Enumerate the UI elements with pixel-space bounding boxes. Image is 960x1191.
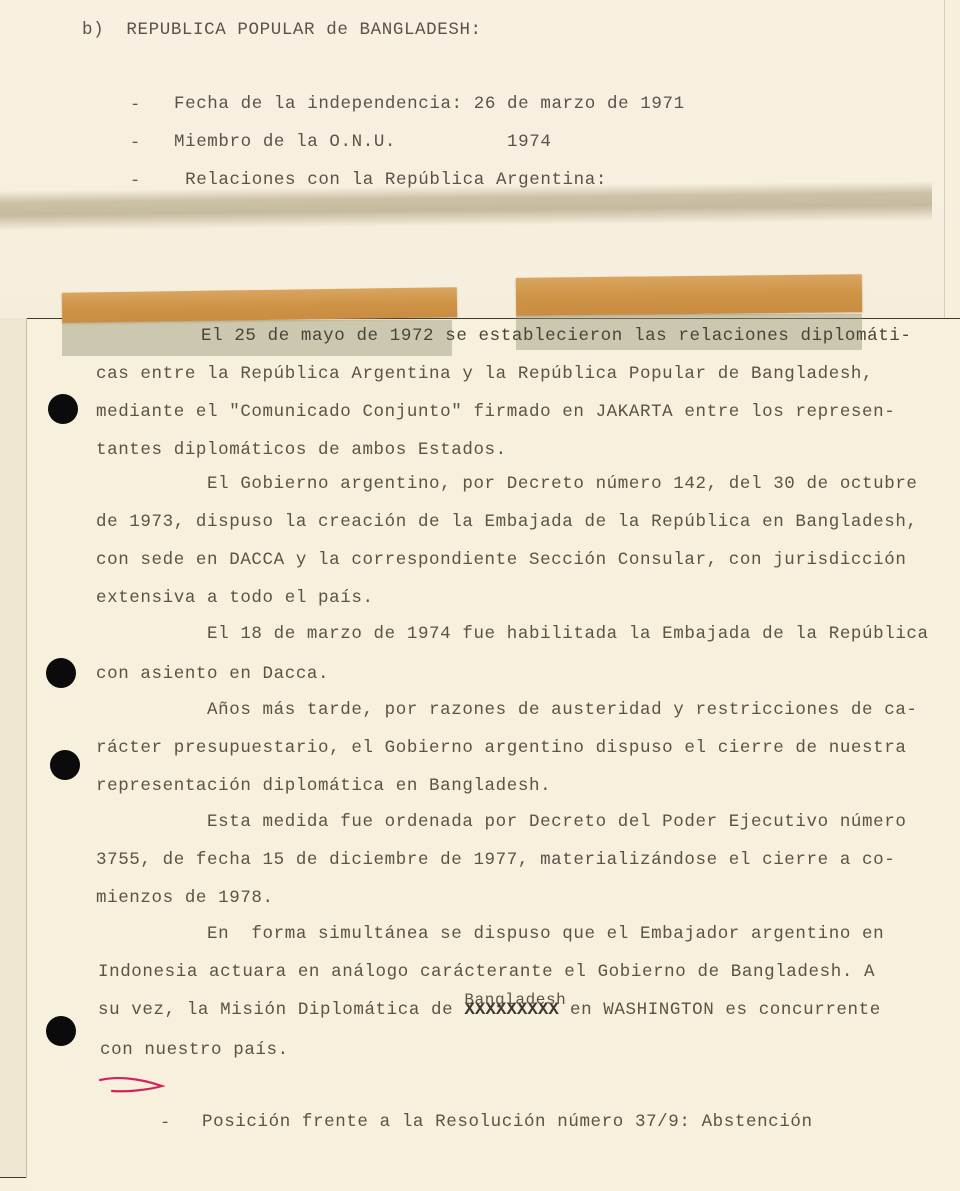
body-line-with-correction: su vez, la Misión Diplomática de XXXXXXX…	[98, 1000, 881, 1020]
body-line: cas entre la República Argentina y la Re…	[96, 364, 873, 384]
body-line: con asiento en Dacca.	[96, 664, 329, 684]
correction-text: Bangladesh	[464, 990, 566, 1010]
body-line: En forma simultánea se dispuso que el Em…	[96, 924, 884, 944]
red-pen-mark	[98, 1074, 166, 1094]
body-line: rácter presupuestario, el Gobierno argen…	[96, 738, 906, 758]
page-upper-sheet	[0, 0, 945, 318]
punch-hole	[50, 750, 80, 780]
fact-relations-heading: Relaciones con la República Argentina:	[174, 170, 607, 190]
body-line: con nuestro país.	[100, 1040, 289, 1060]
bullet-dash: -	[130, 96, 140, 115]
body-line: El 25 de mayo de 1972 se establecieron l…	[90, 326, 912, 346]
page-edge-line	[0, 1177, 26, 1178]
line-text-after: en WASHINGTON es concurrente	[559, 1000, 881, 1020]
body-line: El 18 de marzo de 1974 fue habilitada la…	[96, 624, 929, 644]
body-line: con sede en DACCA y la correspondiente S…	[96, 550, 906, 570]
final-item-resolution: Posición frente a la Resolución número 3…	[202, 1112, 813, 1132]
bullet-dash: -	[130, 134, 140, 153]
body-line: de 1973, dispuso la creación de la Embaj…	[96, 512, 918, 532]
fact-un-membership: Miembro de la O.N.U. 1974	[174, 132, 551, 152]
body-line: extensiva a todo el país.	[96, 588, 374, 608]
adhesive-tape-right	[516, 274, 862, 316]
body-line: 3755, de fecha 15 de diciembre de 1977, …	[96, 850, 895, 870]
punch-hole	[46, 1016, 76, 1046]
section-heading: b) REPUBLICA POPULAR de BANGLADESH:	[82, 20, 482, 40]
bullet-dash: -	[160, 1114, 170, 1133]
body-line: mienzos de 1978.	[96, 888, 274, 908]
body-line: Años más tarde, por razones de austerida…	[96, 700, 918, 720]
underlying-page-edge	[0, 318, 27, 1178]
body-line: Esta medida fue ordenada por Decreto del…	[96, 812, 906, 832]
body-line: El Gobierno argentino, por Decreto númer…	[96, 474, 918, 494]
punch-hole	[46, 658, 76, 688]
punch-hole	[48, 394, 78, 424]
line-text-before: su vez, la Misión Diplomática de	[98, 1000, 464, 1020]
body-line: representación diplomática en Bangladesh…	[96, 776, 551, 796]
typed-correction: XXXXXXXXXBangladesh	[464, 1000, 559, 1020]
body-line: mediante el "Comunicado Conjunto" firmad…	[96, 402, 895, 422]
adhesive-tape-left	[62, 287, 457, 323]
fact-independence: Fecha de la independencia: 26 de marzo d…	[174, 94, 685, 114]
body-line: tantes diplomáticos de ambos Estados.	[96, 440, 507, 460]
body-line: Indonesia actuara en análogo carácterant…	[98, 962, 875, 982]
bullet-dash: -	[130, 172, 140, 191]
